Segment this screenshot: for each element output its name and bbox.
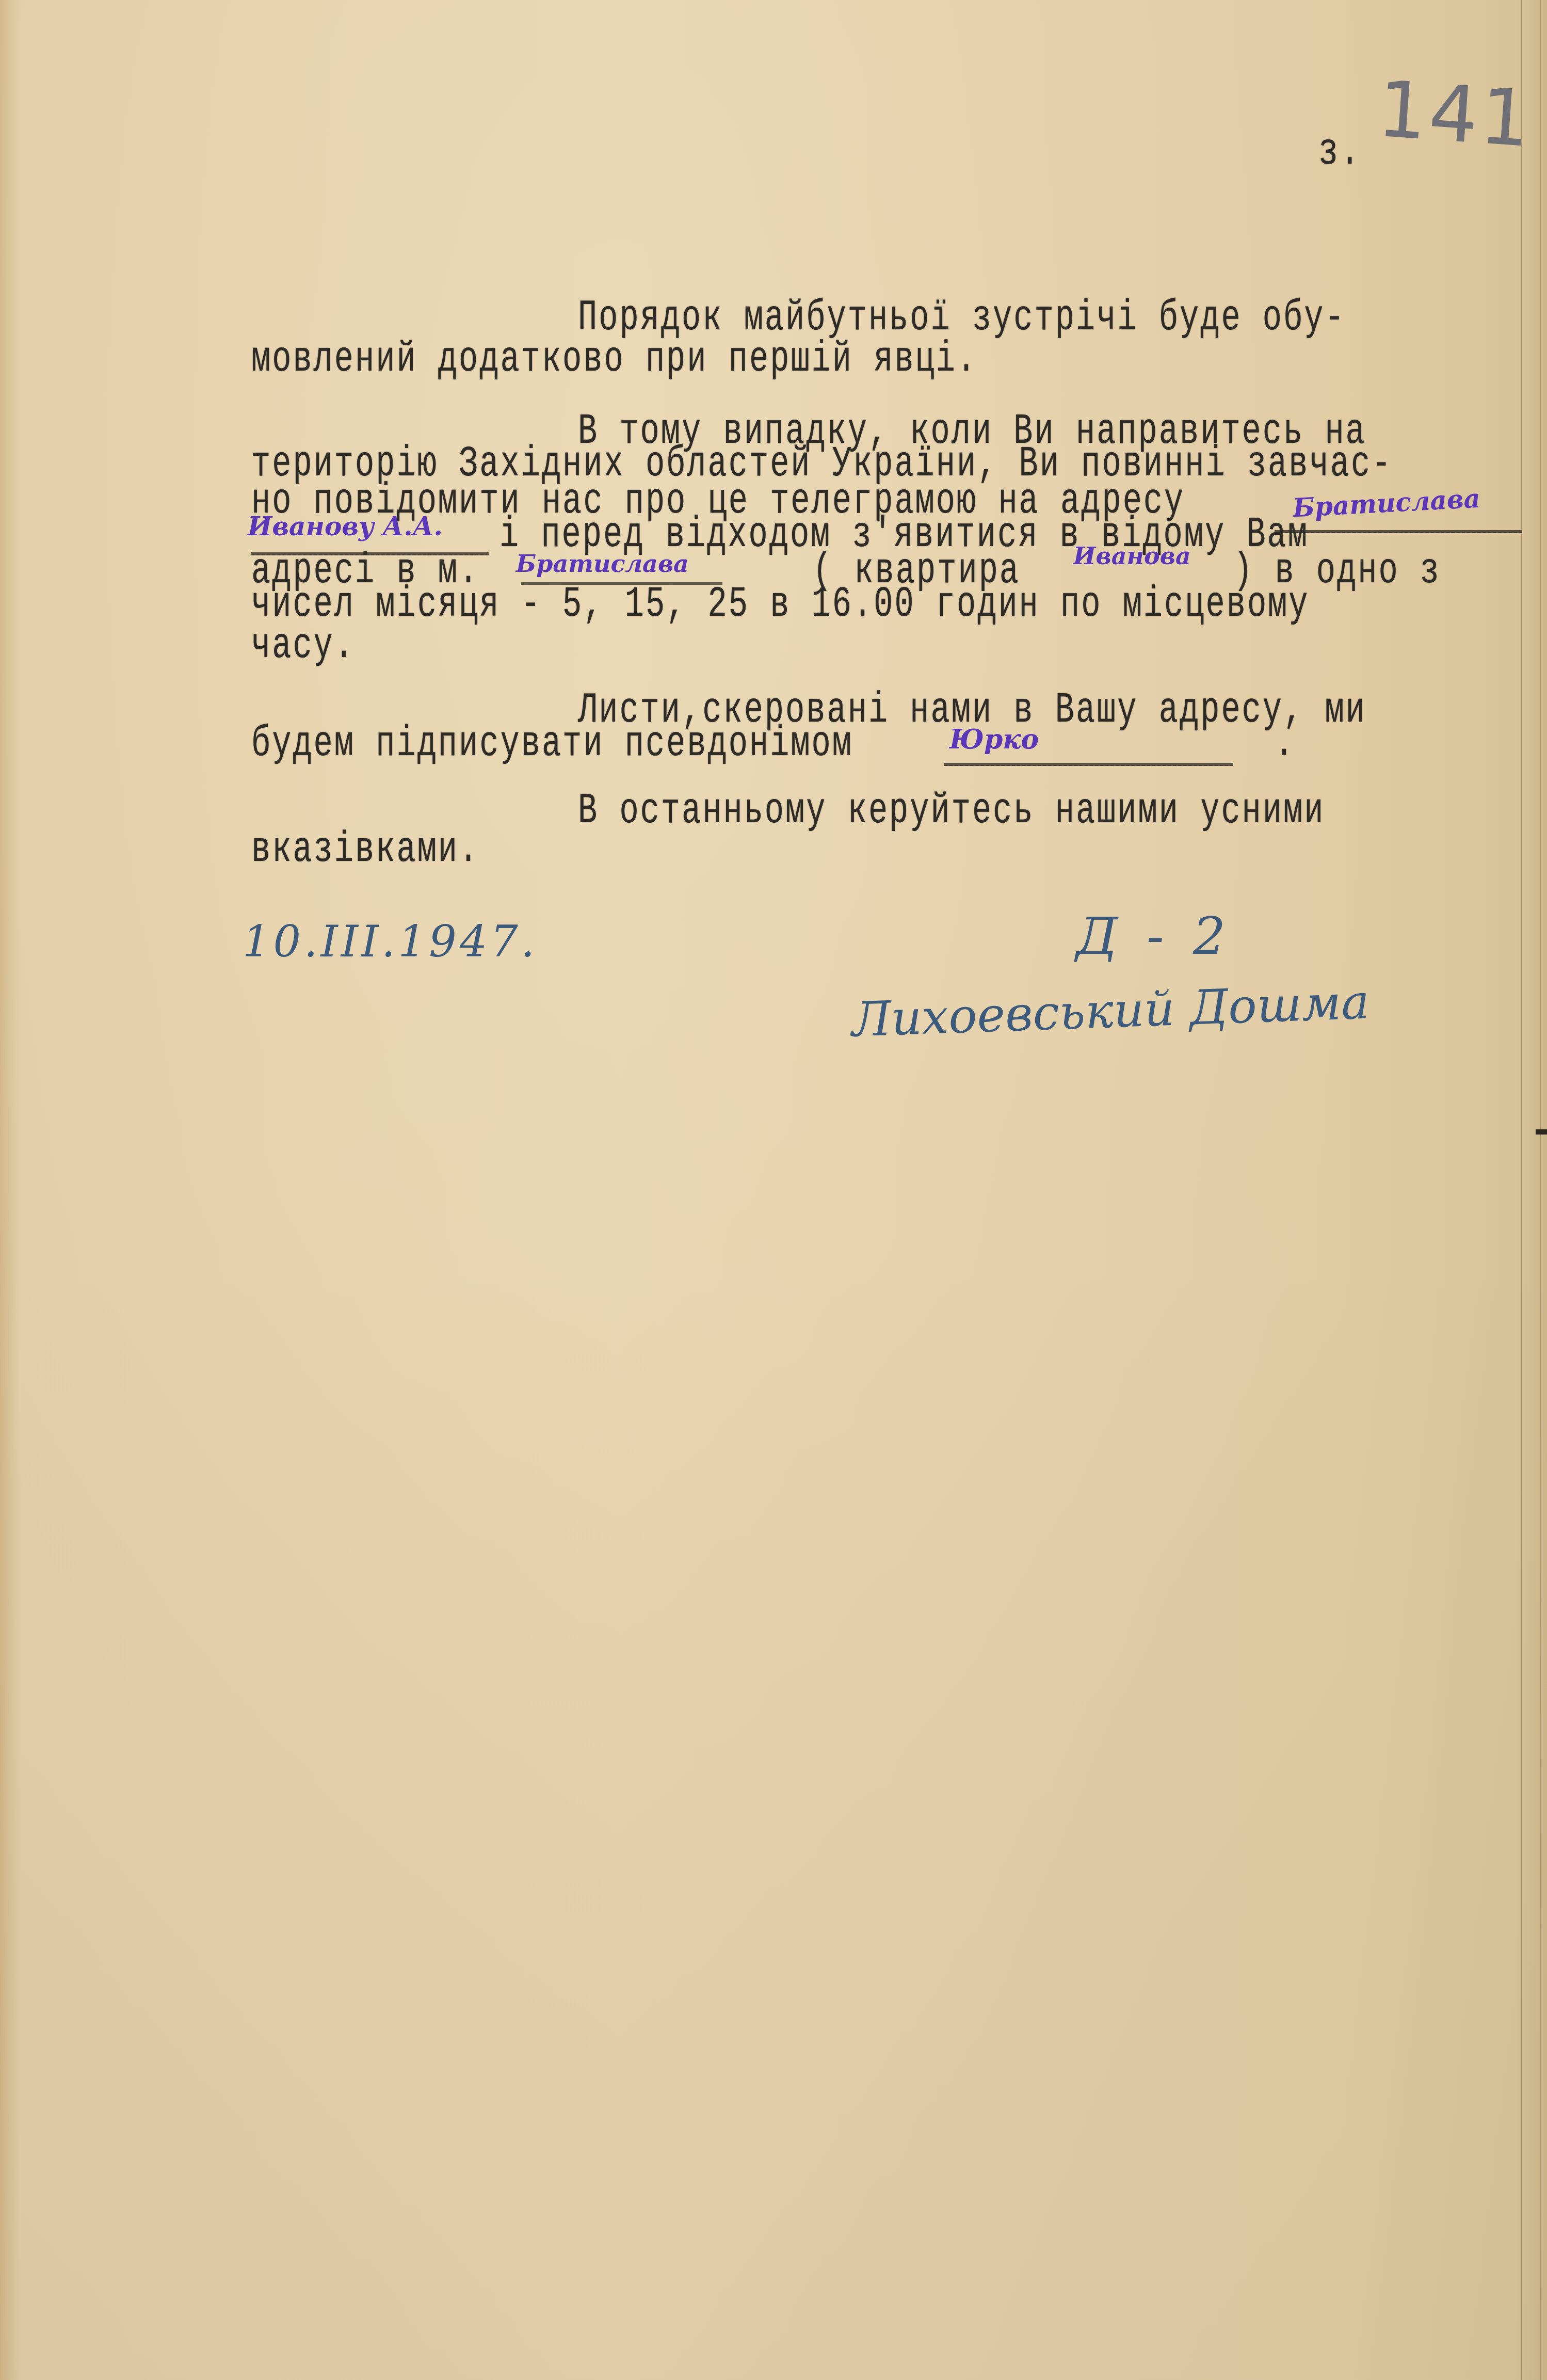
folio-number: 141 xyxy=(1375,65,1535,165)
handwritten-telegram-city: Братислава xyxy=(1292,483,1481,523)
paragraph-4-line-2: вказівками. xyxy=(251,828,479,872)
handwritten-telegram-recipient: Ивановy А.А. xyxy=(248,511,443,541)
page-edge-line xyxy=(1540,0,1541,2380)
archival-document-page: з. 141 Порядок майбутньої зустрічі буде … xyxy=(0,0,1547,2380)
page-mark-prefix: з. xyxy=(1318,130,1361,174)
fill-in-line xyxy=(944,763,1233,766)
signature-code: Д - 2 xyxy=(1076,906,1232,966)
paragraph-3-period: . xyxy=(1275,723,1295,766)
handwritten-pseudonym: Юрко xyxy=(949,724,1039,755)
handwritten-date: 10.III.1947. xyxy=(243,916,538,967)
paragraph-3-line-2: будем підписувати псевдонімом xyxy=(251,723,853,766)
paragraph-1-line-2: мовлений додатково при першій явці. xyxy=(251,338,977,381)
paragraph-2-line-6: чисел місяця - 5, 15, 25 в 16.00 годин п… xyxy=(251,583,1310,627)
paragraph-4-line-1: В останньому керуйтесь нашими усними xyxy=(578,790,1325,833)
handwritten-apartment: Иванова xyxy=(1073,542,1191,570)
page-edge-line xyxy=(1521,0,1522,2380)
fill-in-line xyxy=(1275,530,1522,533)
edge-mark xyxy=(1536,1129,1547,1135)
handwritten-signature: Лихоевський Дошма xyxy=(850,975,1370,1048)
handwritten-city: Братислава xyxy=(516,550,689,578)
paragraph-1-line-1: Порядок майбутньої зустрічі буде обу- xyxy=(578,297,1346,340)
paragraph-2-line-7: часу. xyxy=(251,625,355,668)
